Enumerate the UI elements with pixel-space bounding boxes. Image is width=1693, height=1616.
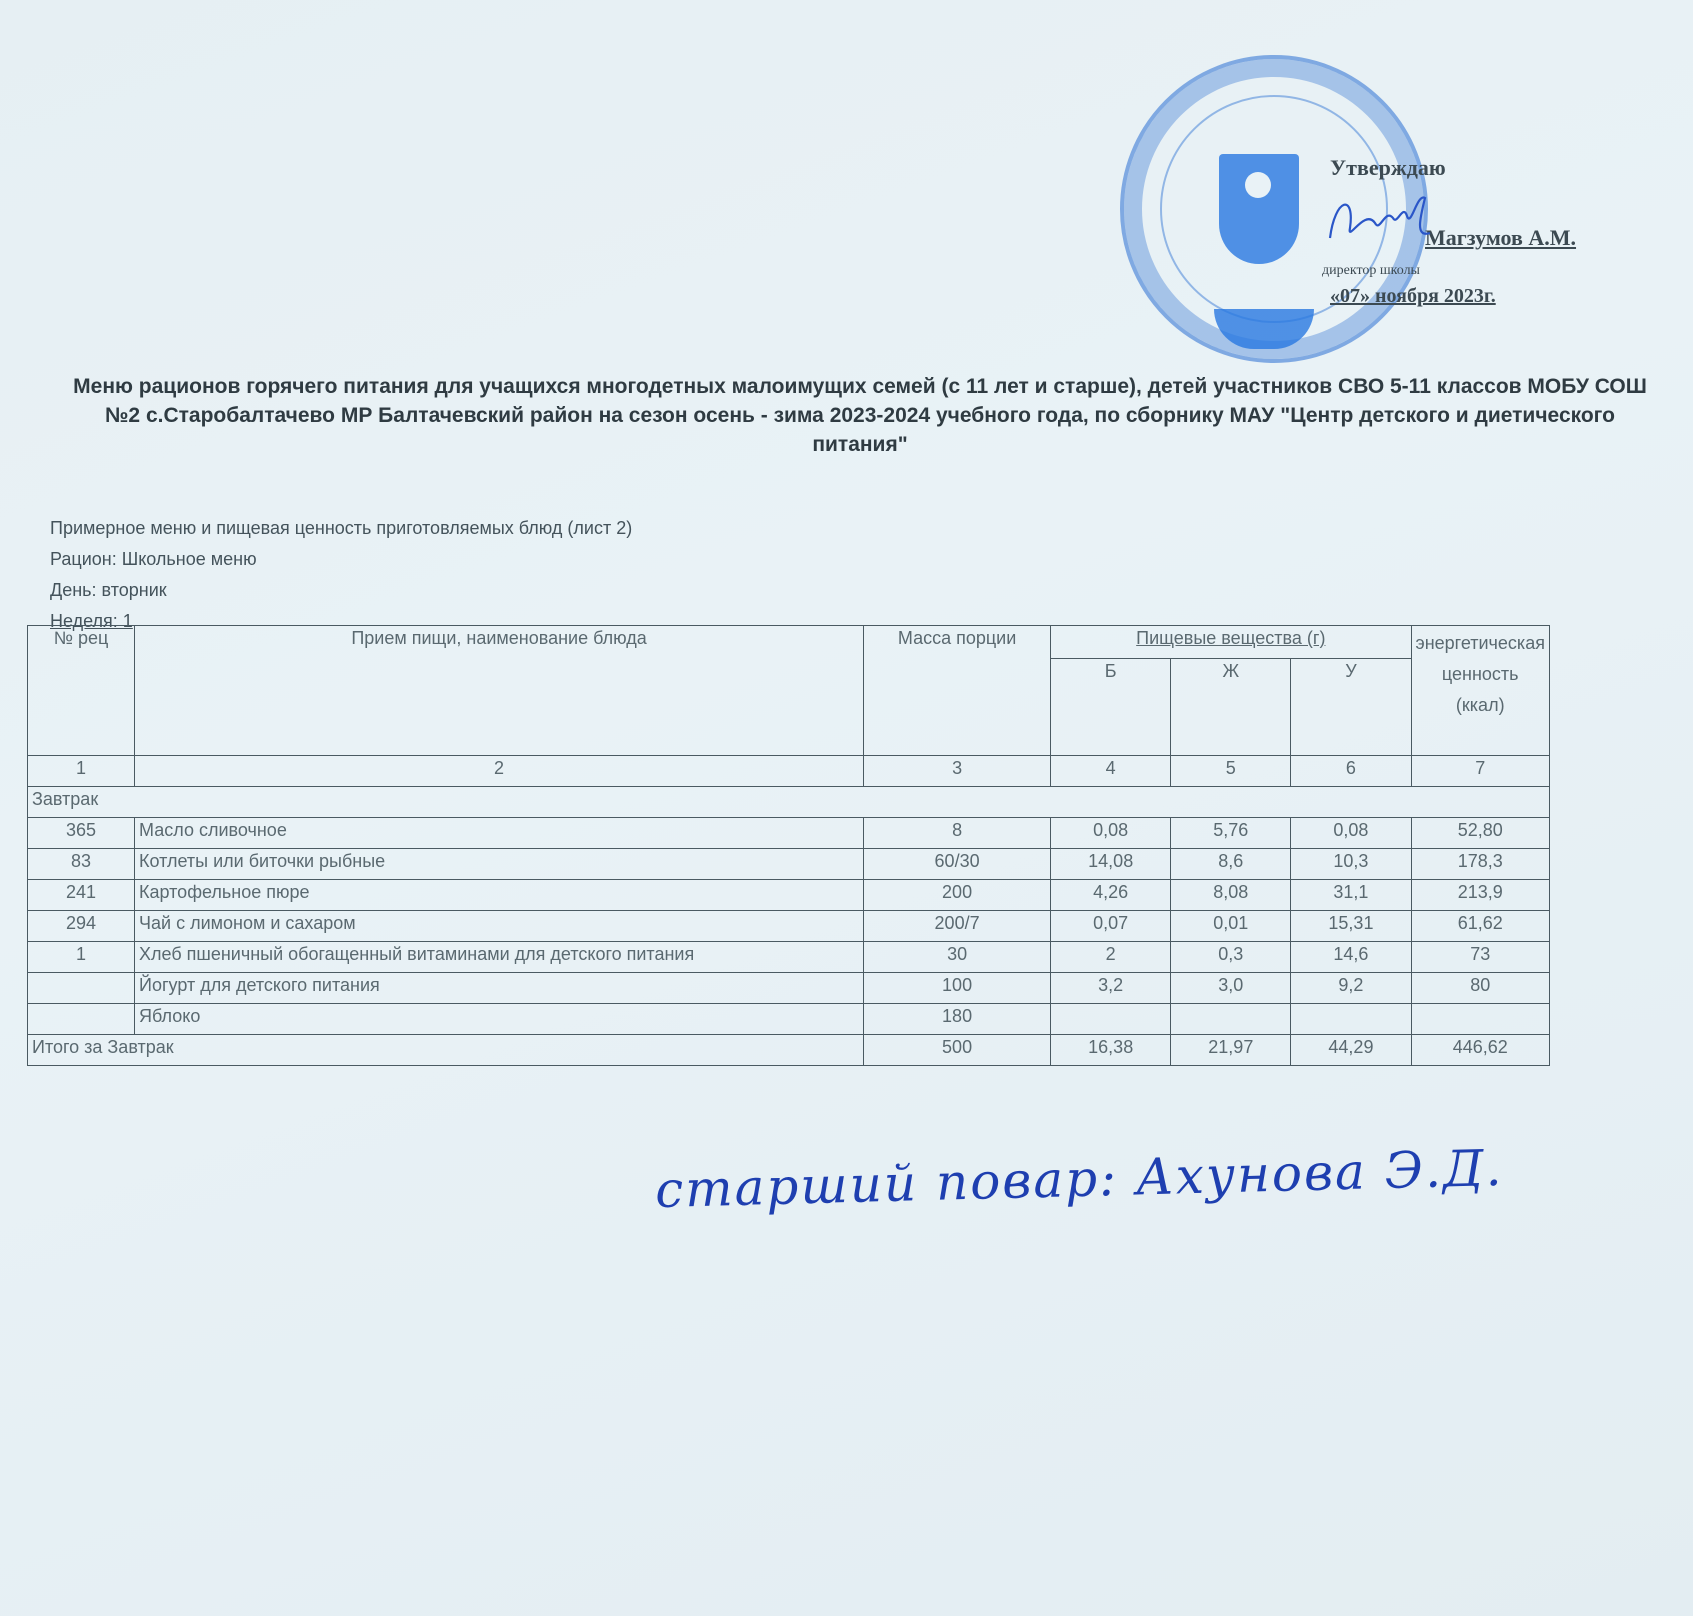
director-signature-icon [1325,188,1435,248]
total-protein: 16,38 [1051,1035,1171,1066]
column-numbers-row: 1 2 3 4 5 6 7 [28,756,1550,787]
carbs [1291,1004,1411,1035]
col-number: 2 [135,756,864,787]
header-portion-mass: Масса порции [864,626,1051,756]
recipe-number [28,973,135,1004]
protein: 2 [1051,942,1171,973]
portion-mass: 180 [864,1004,1051,1035]
stamp-flag-icon [1214,309,1314,349]
portion-mass: 60/30 [864,849,1051,880]
carbs: 14,6 [1291,942,1411,973]
header-protein: Б [1051,659,1171,756]
day-label: День: вторник [50,575,632,606]
approval-date: «07» ноября 2023г. [1330,285,1496,308]
fat: 3,0 [1171,973,1291,1004]
col-number: 1 [28,756,135,787]
total-fat: 21,97 [1171,1035,1291,1066]
header-energy: энергетическая ценность (ккал) [1411,626,1550,756]
col-number: 7 [1411,756,1550,787]
total-label: Итого за Завтрак [28,1035,864,1066]
section-breakfast: Завтрак [28,787,1550,818]
header-row: № рец Прием пищи, наименование блюда Мас… [28,626,1550,659]
section-row: Завтрак [28,787,1550,818]
carbs: 0,08 [1291,818,1411,849]
coat-of-arms-icon [1219,154,1299,264]
document-title: Меню рационов горячего питания для учащи… [60,372,1660,459]
carbs: 10,3 [1291,849,1411,880]
fat: 8,6 [1171,849,1291,880]
portion-mass: 8 [864,818,1051,849]
carbs: 31,1 [1291,880,1411,911]
col-number: 3 [864,756,1051,787]
recipe-number: 365 [28,818,135,849]
col-number: 6 [1291,756,1411,787]
fat: 0,3 [1171,942,1291,973]
menu-meta: Примерное меню и пищевая ценность пригот… [50,513,632,637]
portion-mass: 200 [864,880,1051,911]
approval-block: Утверждаю Магзумов А.М. директор школы «… [1330,155,1446,181]
protein: 14,08 [1051,849,1171,880]
recipe-number: 294 [28,911,135,942]
menu-table: № рец Прием пищи, наименование блюда Мас… [27,625,1550,1066]
protein [1051,1004,1171,1035]
protein: 0,07 [1051,911,1171,942]
dish-name: Йогурт для детского питания [135,973,864,1004]
recipe-number: 83 [28,849,135,880]
energy: 80 [1411,973,1550,1004]
table-row: 83Котлеты или биточки рыбные60/3014,088,… [28,849,1550,880]
total-row: Итого за Завтрак 500 16,38 21,97 44,29 4… [28,1035,1550,1066]
table-row: Яблоко180 [28,1004,1550,1035]
header-fat: Ж [1171,659,1291,756]
energy: 52,80 [1411,818,1550,849]
protein: 4,26 [1051,880,1171,911]
dish-name: Котлеты или биточки рыбные [135,849,864,880]
recipe-number [28,1004,135,1035]
recipe-number: 1 [28,942,135,973]
total-energy: 446,62 [1411,1035,1550,1066]
header-dish-name: Прием пищи, наименование блюда [135,626,864,756]
portion-mass: 30 [864,942,1051,973]
fat [1171,1004,1291,1035]
carbs: 15,31 [1291,911,1411,942]
fat: 5,76 [1171,818,1291,849]
sheet-description: Примерное меню и пищевая ценность пригот… [50,513,632,544]
header-carbs: У [1291,659,1411,756]
portion-mass: 100 [864,973,1051,1004]
table-row: 1Хлеб пшеничный обогащенный витаминами д… [28,942,1550,973]
protein: 3,2 [1051,973,1171,1004]
energy: 73 [1411,942,1550,973]
dish-name: Масло сливочное [135,818,864,849]
table-row: Йогурт для детского питания1003,23,09,28… [28,973,1550,1004]
approver-name: Магзумов А.М. [1425,225,1576,251]
approver-role: директор школы [1322,263,1420,279]
header-recipe-number: № рец [28,626,135,756]
energy [1411,1004,1550,1035]
energy: 213,9 [1411,880,1550,911]
approval-word: Утверждаю [1330,155,1446,181]
col-number: 4 [1051,756,1171,787]
energy: 178,3 [1411,849,1550,880]
table-row: 241Картофельное пюре2004,268,0831,1213,9 [28,880,1550,911]
fat: 0,01 [1171,911,1291,942]
carbs: 9,2 [1291,973,1411,1004]
recipe-number: 241 [28,880,135,911]
total-carbs: 44,29 [1291,1035,1411,1066]
table-row: 365Масло сливочное80,085,760,0852,80 [28,818,1550,849]
ration-label: Рацион: Школьное меню [50,544,632,575]
energy: 61,62 [1411,911,1550,942]
dish-name: Яблоко [135,1004,864,1035]
portion-mass: 200/7 [864,911,1051,942]
col-number: 5 [1171,756,1291,787]
dish-name: Хлеб пшеничный обогащенный витаминами дл… [135,942,864,973]
header-nutrients: Пищевые вещества (г) [1051,626,1411,659]
cook-signature: старший повар: Ахунова Э.Д. [654,1139,1504,1219]
total-mass: 500 [864,1035,1051,1066]
table-row: 294Чай с лимоном и сахаром200/70,070,011… [28,911,1550,942]
dish-name: Картофельное пюре [135,880,864,911]
fat: 8,08 [1171,880,1291,911]
protein: 0,08 [1051,818,1171,849]
dish-name: Чай с лимоном и сахаром [135,911,864,942]
